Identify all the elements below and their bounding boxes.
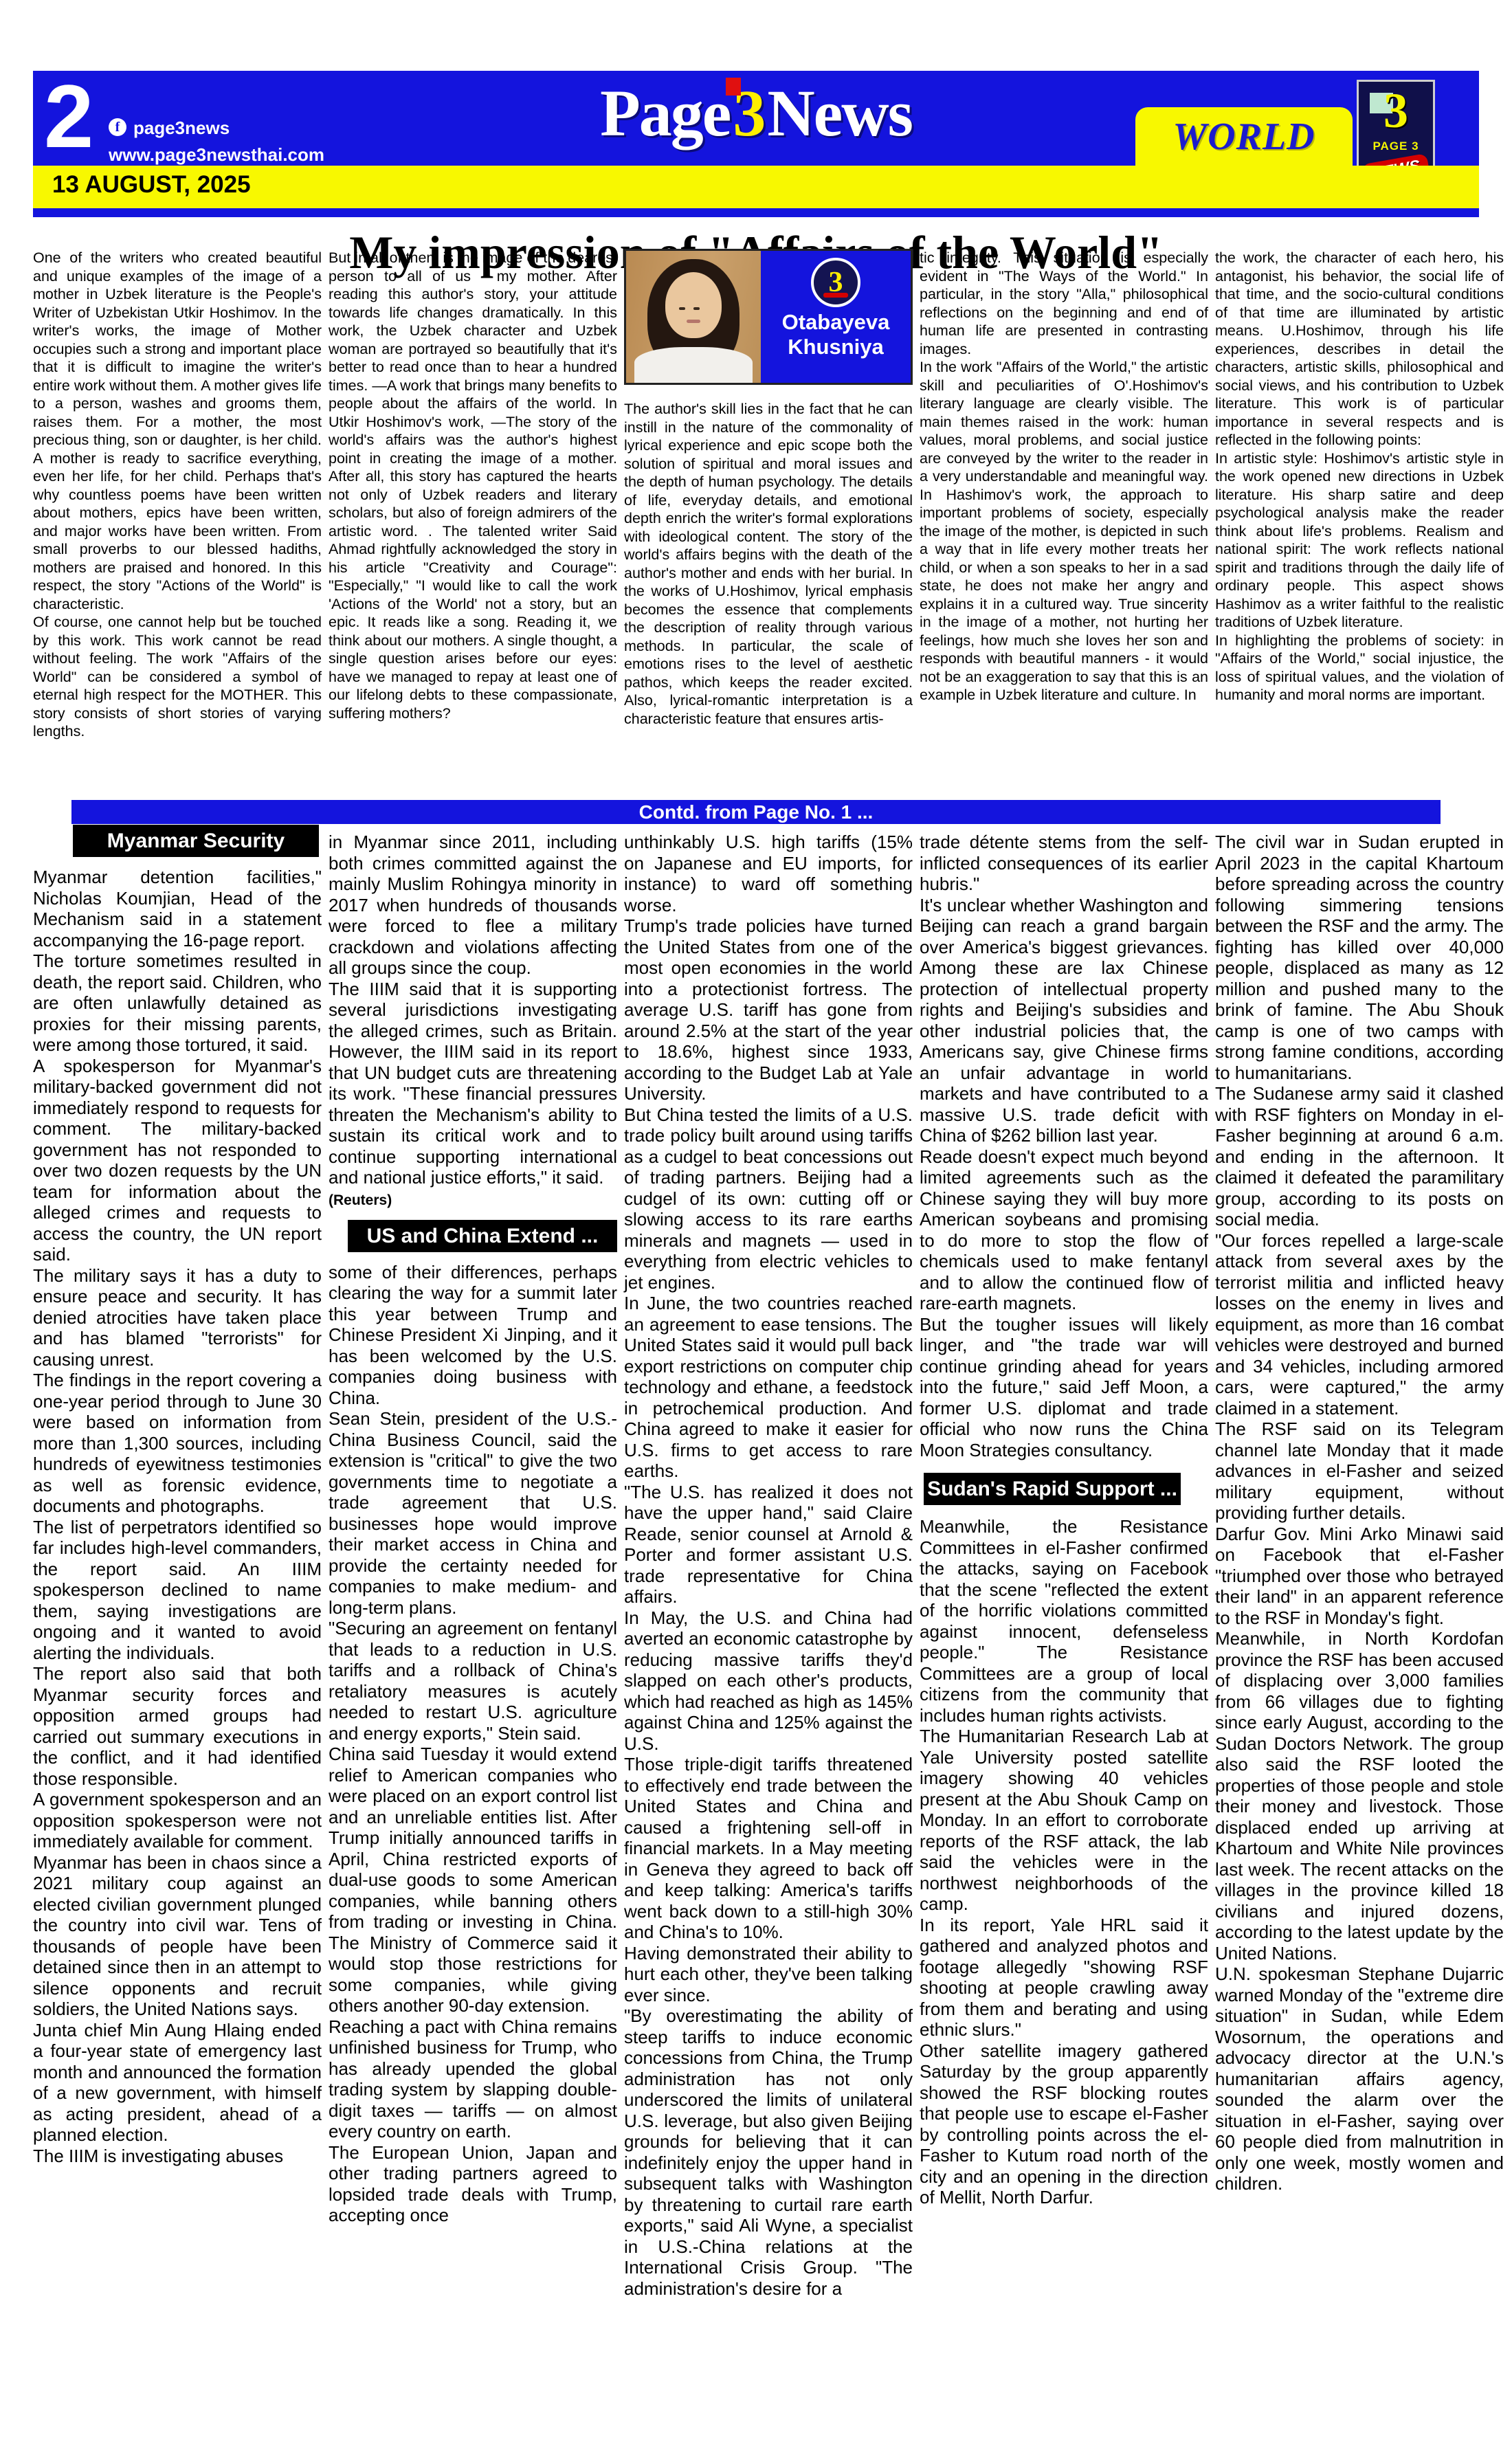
myanmar-article-text-continued: in Myanmar since 2011, including both cr… (329, 832, 617, 1188)
top-article-col3: 3 Otabayeva Khusniya The author's skill … (624, 249, 913, 728)
top-article-col5: the work, the character of each hero, hi… (1215, 249, 1504, 704)
section-header-myanmar: Myanmar Security Forces ... (73, 825, 319, 857)
badge-number-3: 3 (1359, 82, 1433, 140)
myanmar-article-text: Myanmar detention facilities," Nicholas … (33, 867, 322, 2166)
portrait-mouth-shape (687, 320, 700, 323)
date-label: 13 AUGUST, 2025 (52, 171, 251, 199)
world-section-label: WORLD (1172, 115, 1315, 159)
masthead-number-3: 3 (730, 76, 767, 150)
bottom-col3: unthinkably U.S. high tariffs (15% on Ja… (624, 832, 913, 2299)
bottom-col2: in Myanmar since 2011, including both cr… (329, 832, 617, 2226)
sudan-article-text-continued: The civil war in Sudan erupted in April … (1215, 832, 1504, 2194)
portrait-face-shape (665, 272, 722, 338)
photo-caption: Otabayeva Khusniya (761, 310, 911, 359)
continued-from-bar: Contd. from Page No. 1 ... (71, 800, 1441, 824)
us-china-article-text-end: trade détente stems from the self-inflic… (920, 832, 1208, 1460)
masthead-word-page: Page (600, 76, 730, 150)
portrait-eyes-shape (675, 301, 713, 304)
portrait-shirt-shape (634, 347, 753, 383)
world-section-box: WORLD (1135, 107, 1353, 166)
us-china-article-text: some of their differences, perhaps clear… (329, 1262, 617, 2226)
top-article-col1: One of the writers who created beautiful… (33, 249, 322, 741)
sudan-article-text: Meanwhile, the Resistance Committees in … (920, 1516, 1208, 2208)
newspaper-page: { "header": { "page_number": "2", "socia… (0, 0, 1512, 2448)
page3-logo-icon: 3 (811, 258, 860, 307)
section-header-sudan: Sudan's Rapid Support ... (924, 1473, 1181, 1505)
author-portrait (626, 251, 761, 383)
bottom-col4: trade détente stems from the self-inflic… (920, 832, 1208, 2208)
photo-caption-panel: 3 Otabayeva Khusniya (761, 251, 911, 383)
top-article-col4: tic integrity. This situation is especia… (920, 249, 1208, 704)
us-china-article-text-continued: unthinkably U.S. high tariffs (15% on Ja… (624, 832, 913, 2299)
top-article-col2: But in all of them is the image of the d… (329, 249, 617, 722)
reuters-credit: (Reuters) (329, 1192, 617, 1209)
bottom-col5: The civil war in Sudan erupted in April … (1215, 832, 1504, 2194)
bottom-col1: Myanmar Security Forces ... Myanmar dete… (33, 825, 322, 2166)
author-photo-figure: 3 Otabayeva Khusniya (624, 249, 913, 385)
badge-page3-label: PAGE 3 (1359, 140, 1433, 153)
top-article-col3-text: The author's skill lies in the fact that… (624, 400, 913, 728)
header-divider-rule (33, 208, 1479, 217)
masthead-word-news: News (767, 76, 912, 150)
section-header-us-china: US and China Extend ... (348, 1220, 617, 1252)
